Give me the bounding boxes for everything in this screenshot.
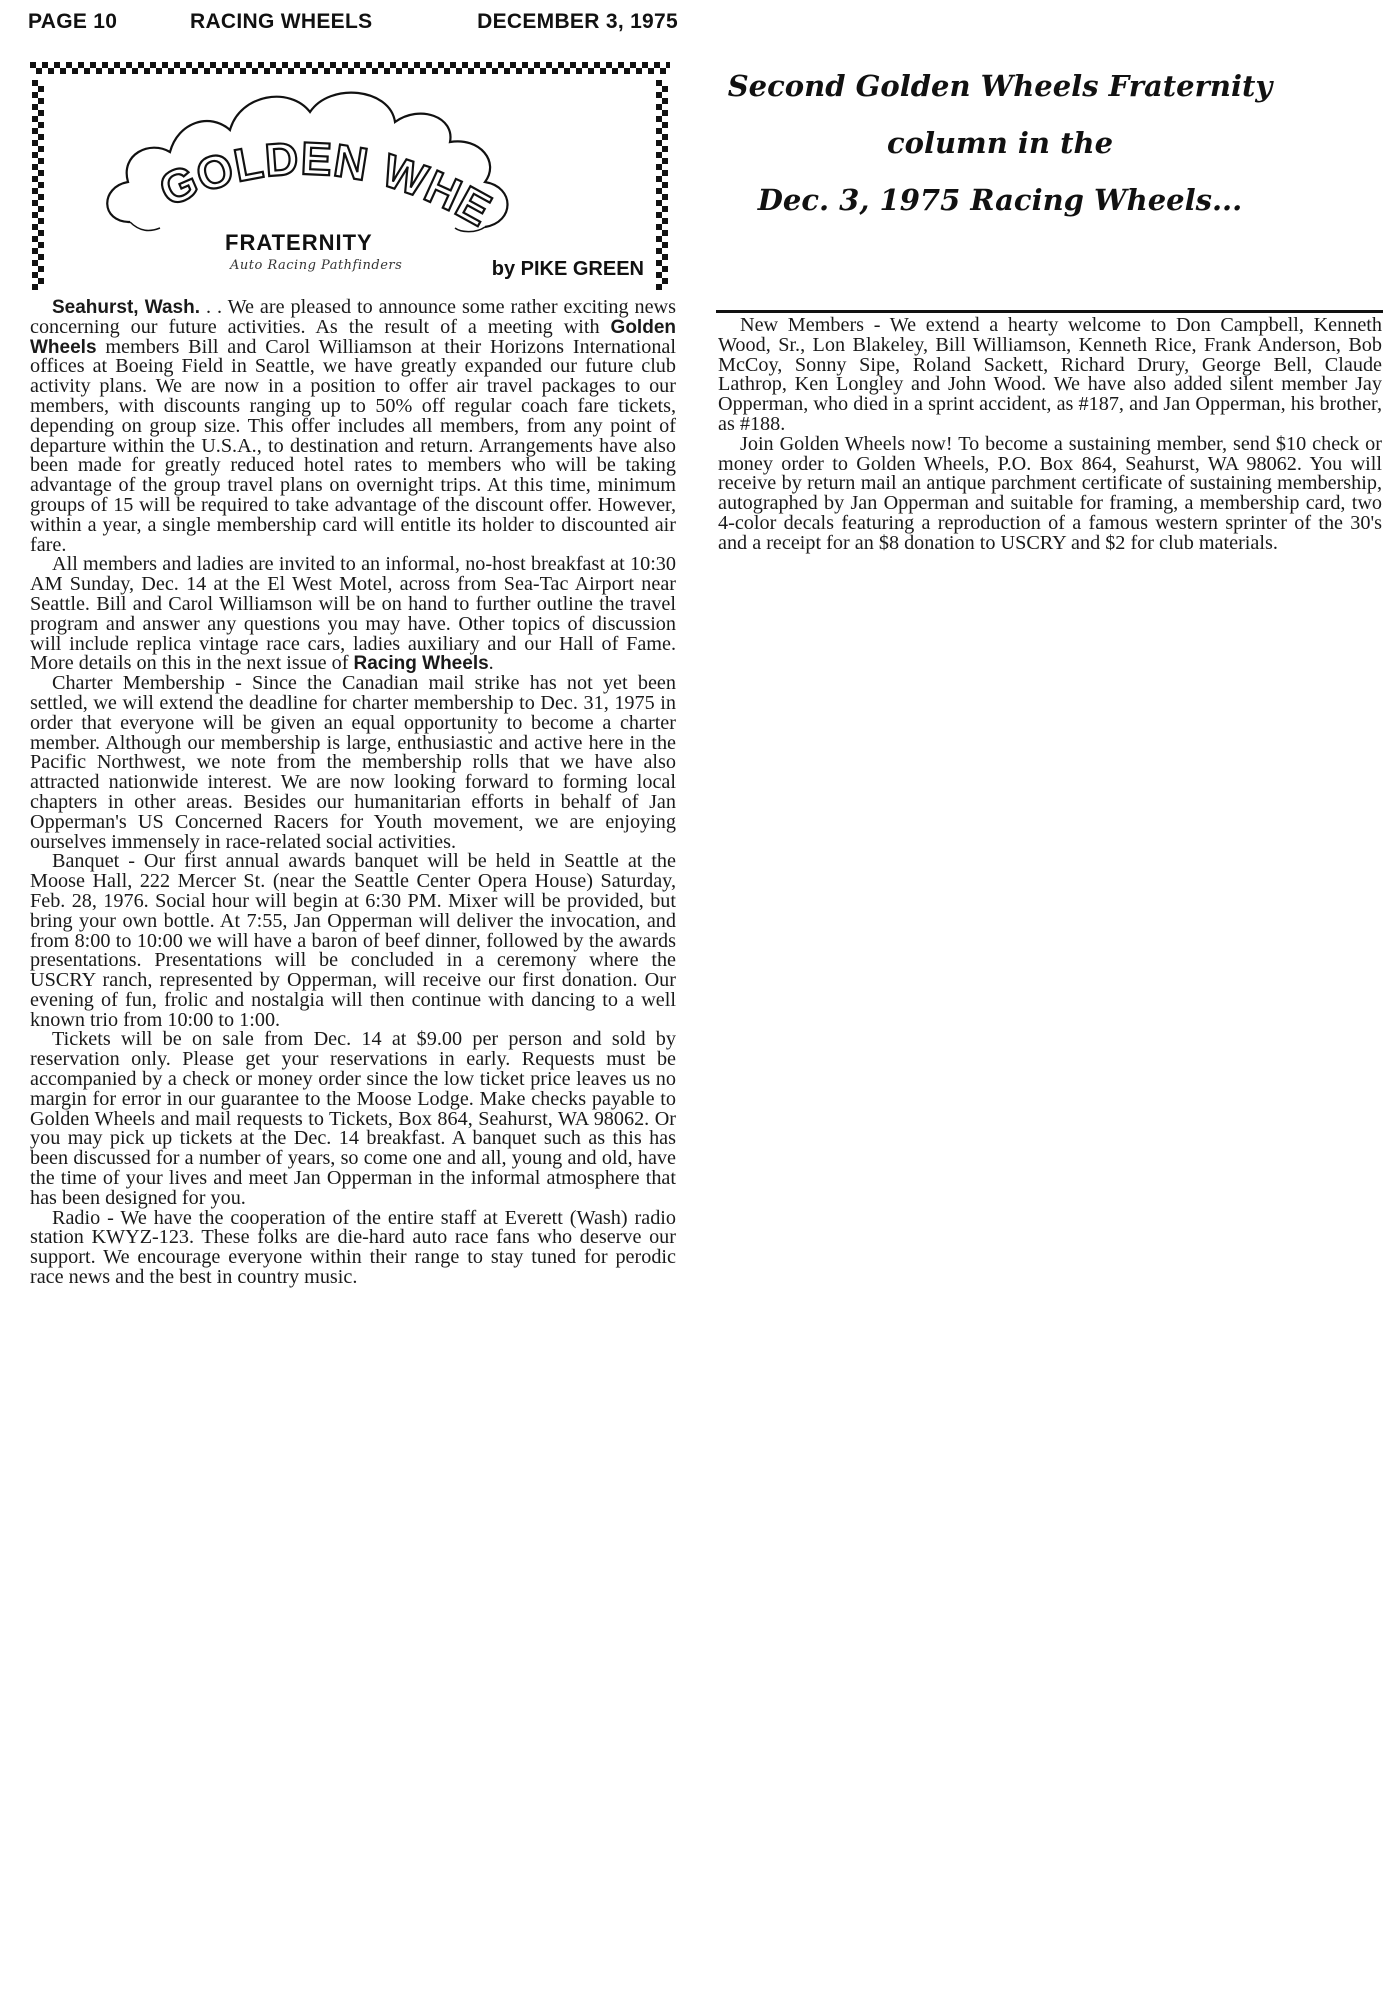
logo-subtitle: FRATERNITY [225, 230, 373, 256]
column-logo-box: GOLDEN WHEELS FRATERNITY Auto Racing Pat… [30, 62, 670, 290]
paragraph-radio: Radio - We have the cooperation of the e… [30, 1209, 676, 1288]
checkered-border-right [656, 80, 668, 290]
paragraph-join: Join Golden Wheels now! To become a sust… [718, 435, 1382, 554]
masthead: PAGE 10 RACING WHEELS DECEMBER 3, 1975 [28, 10, 678, 40]
paragraph-banquet: Banquet - Our first annual awards banque… [30, 852, 676, 1030]
caption-heading: Second Golden Wheels Fraternity column i… [720, 58, 1280, 229]
logo-tagline: Auto Racing Pathfinders [230, 258, 402, 273]
svg-text:GOLDEN WHEELS: GOLDEN WHEELS [90, 82, 501, 236]
caption-line: Second Golden Wheels Fraternity [720, 58, 1280, 115]
checkered-border-top [30, 62, 670, 74]
paragraph-intro: Seahurst, Wash. . . We are pleased to an… [30, 298, 676, 555]
paragraph-tickets: Tickets will be on sale from Dec. 14 at … [30, 1030, 676, 1208]
caption-line: column in the [720, 115, 1280, 172]
paragraph-breakfast: All members and ladies are invited to an… [30, 555, 676, 674]
publication-name: RACING WHEELS [190, 10, 372, 34]
checkered-border-left [32, 80, 44, 290]
paragraph-new-members: New Members - We extend a hearty welcome… [718, 316, 1382, 435]
issue-date: DECEMBER 3, 1975 [477, 10, 678, 34]
paragraph-charter-membership: Charter Membership - Since the Canadian … [30, 674, 676, 852]
article-column-right: New Members - We extend a hearty welcome… [718, 316, 1382, 554]
article-column-left: Seahurst, Wash. . . We are pleased to an… [30, 298, 676, 1288]
page-number: PAGE 10 [28, 10, 117, 34]
column-divider-rule [716, 310, 1383, 313]
caption-line: Dec. 3, 1975 Racing Wheels... [720, 172, 1280, 229]
author-byline: by PIKE GREEN [492, 258, 644, 281]
